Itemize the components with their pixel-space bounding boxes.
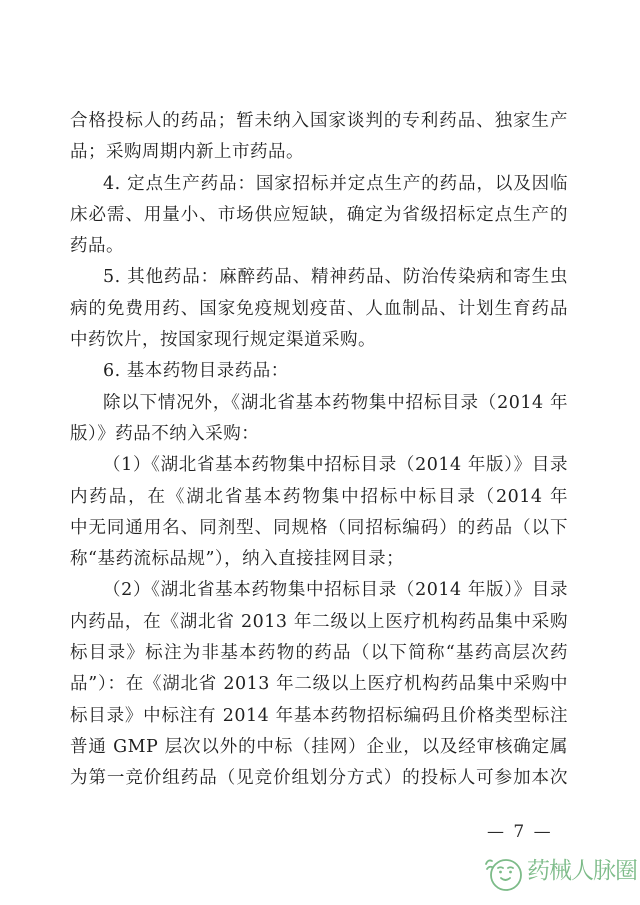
text-line: 中药饮片，按国家现行规定渠道采购。 <box>70 325 568 356</box>
document-page: 合格投标人的药品；暂未纳入国家谈判的专利药品、独家生产药品；采购周期内新上市药品… <box>0 0 640 905</box>
watermark-text: 药械人脉圈 <box>527 860 637 883</box>
text-line: 中无同通用名、同剂型、同规格（同招标编码）的药品（以下简 <box>70 513 568 544</box>
text-line: 品；采购周期内新上市药品。 <box>70 137 568 168</box>
text-line: （1）《湖北省基本药物集中招标目录（2014 年版）》目录 <box>70 450 568 481</box>
text-line: 药品。 <box>70 231 568 262</box>
document-body: 合格投标人的药品；暂未纳入国家谈判的专利药品、独家生产药品；采购周期内新上市药品… <box>70 106 568 795</box>
mascot-face-icon <box>483 849 525 893</box>
text-line: 品”）：在《湖北省 2013 年二级以上医疗机构药品集中采购中 <box>70 669 568 700</box>
text-line: 版）》药品不纳入采购： <box>70 419 568 450</box>
text-line: 合格投标人的药品；暂未纳入国家谈判的专利药品、独家生产药 <box>70 106 568 137</box>
text-line: 6. 基本药物目录药品： <box>70 356 568 387</box>
text-line: （2）《湖北省基本药物集中招标目录（2014 年版）》目录 <box>70 575 568 606</box>
text-line: 为第一竞价组药品（见竞价组划分方式）的投标人可参加本次集 <box>70 763 568 794</box>
watermark: 药械人脉圈 <box>483 849 637 893</box>
text-line: 内药品，在《湖北省 2013 年二级以上医疗机构药品集中采购中 <box>70 607 568 638</box>
text-line: 普通 GMP 层次以外的中标（挂网）企业，以及经审核确定属性 <box>70 732 568 763</box>
text-line: 除以下情况外，《湖北省基本药物集中招标目录（2014 年 <box>70 388 568 419</box>
text-line: 4. 定点生产药品：国家招标并定点生产的药品，以及因临 <box>70 169 568 200</box>
text-line: 病的免费用药、国家免疫规划疫苗、人血制品、计划生育药品及 <box>70 294 568 325</box>
text-line: 标目录》中标注有 2014 年基本药物招标编码且价格类型标注为 <box>70 701 568 732</box>
text-line: 称“基药流标品规”），纳入直接挂网目录； <box>70 544 568 575</box>
page-number: — 7 — <box>487 822 553 842</box>
text-line: 床必需、用量小、市场供应短缺，确定为省级招标定点生产的 <box>70 200 568 231</box>
text-line: 5. 其他药品：麻醉药品、精神药品、防治传染病和寄生虫 <box>70 262 568 293</box>
text-line: 内药品，在《湖北省基本药物集中招标中标目录（2014 年版）》 <box>70 482 568 513</box>
text-line: 标目录》标注为非基本药物的药品（以下简称“基药高层次药 <box>70 638 568 669</box>
